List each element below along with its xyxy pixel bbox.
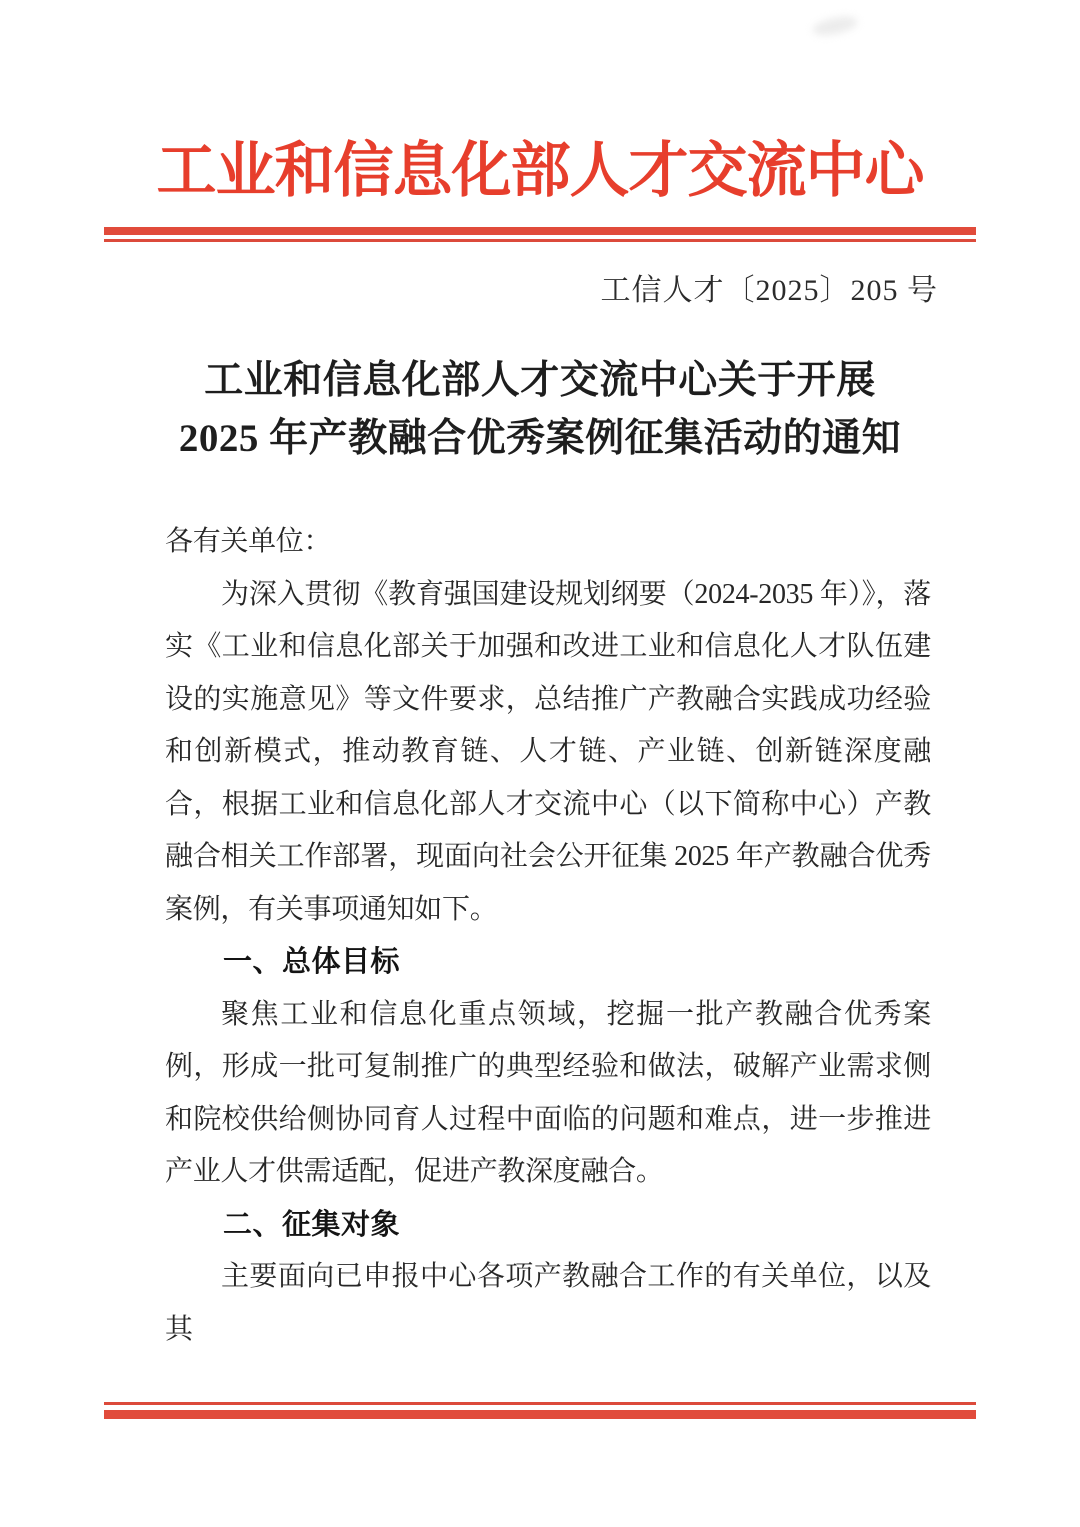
rule-thick	[104, 227, 976, 235]
document-title-line1: 工业和信息化部人才交流中心关于开展	[0, 352, 1080, 410]
rule-thick	[104, 1410, 976, 1419]
scanned-official-document-page: 工业和信息化部人才交流中心 工信人才〔2025〕205 号 工业和信息化部人才交…	[0, 0, 1080, 1527]
intro-paragraph: 为深入贯彻《教育强国建设规划纲要（2024-2035 年）》，落实《工业和信息化…	[165, 569, 931, 937]
document-title-line2: 2025 年产教融合优秀案例征集活动的通知	[0, 410, 1080, 468]
document-number: 工信人才〔2025〕205 号	[601, 270, 939, 312]
footer-double-rule	[104, 1402, 976, 1419]
document-title: 工业和信息化部人才交流中心关于开展 2025 年产教融合优秀案例征集活动的通知	[0, 352, 1080, 468]
section-heading-2: 二、征集对象	[165, 1199, 931, 1252]
salutation: 各有关单位：	[165, 516, 931, 569]
document-body: 各有关单位： 为深入贯彻《教育强国建设规划纲要（2024-2035 年）》，落实…	[165, 516, 931, 1356]
rule-thin	[104, 239, 976, 242]
section-2-paragraph: 主要面向已申报中心各项产教融合工作的有关单位，以及其	[165, 1251, 931, 1356]
letterhead-title: 工业和信息化部人才交流中心	[0, 132, 1080, 210]
section-1-paragraph: 聚焦工业和信息化重点领域，挖掘一批产教融合优秀案例，形成一批可复制推广的典型经验…	[165, 989, 931, 1199]
section-heading-1: 一、总体目标	[165, 936, 931, 989]
scan-artifact	[811, 13, 859, 38]
letterhead-double-rule	[104, 227, 976, 242]
